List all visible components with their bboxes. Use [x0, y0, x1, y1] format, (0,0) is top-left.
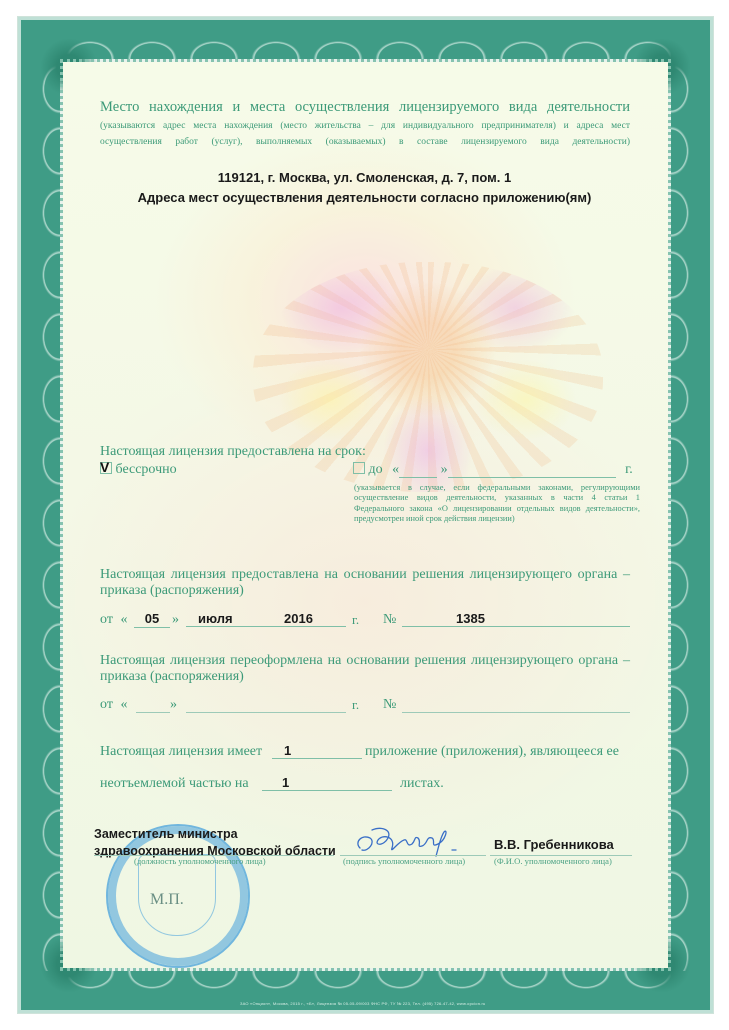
- appendix-sheets-field[interactable]: 1: [262, 775, 392, 791]
- grant-number-label: №: [383, 612, 396, 628]
- term-indefinite-label: бессрочно: [116, 462, 177, 477]
- name-caption: (Ф.И.О. уполномоченного лица): [494, 856, 612, 866]
- grant-open-quote: «: [120, 612, 127, 627]
- appendix-sheets-after: листах.: [400, 776, 444, 792]
- term-until-option[interactable]: до « » г.: [353, 462, 633, 478]
- reissue-number-field[interactable]: [402, 696, 630, 713]
- appendix-text-after: приложение (приложения), являющееся ее: [365, 744, 619, 760]
- term-indefinite-option[interactable]: V бессрочно: [100, 462, 177, 478]
- reissue-basis-title: Настоящая лицензия переоформлена на осно…: [100, 653, 630, 685]
- reissue-order-row: от «: [100, 697, 127, 713]
- grant-number-field[interactable]: 1385: [402, 611, 630, 627]
- grant-month: июля: [198, 611, 233, 626]
- checkbox-checked-icon[interactable]: V: [100, 462, 112, 474]
- grant-year-suffix: г.: [352, 612, 359, 628]
- grant-basis-title: Настоящая лицензия предоставлена на осно…: [100, 567, 630, 599]
- checkbox-empty-icon[interactable]: [353, 462, 365, 474]
- grant-day-field[interactable]: 05: [134, 611, 170, 628]
- appendix-sheets-before: неотъемлемой частью на: [100, 776, 249, 792]
- reissue-day-field[interactable]: [136, 696, 170, 713]
- grant-year: 2016: [284, 611, 313, 627]
- reissue-close-quote: »: [170, 697, 177, 713]
- location-note-line1: (указываются адрес места нахождения (мес…: [100, 121, 630, 131]
- reissue-number-label: №: [383, 697, 396, 713]
- location-title: Место нахождения и места осуществления л…: [100, 99, 630, 116]
- signature-caption: (подпись уполномоченного лица): [343, 856, 465, 866]
- address: 119121, г. Москва, ул. Смоленская, д. 7,…: [0, 170, 729, 185]
- until-label: до: [369, 462, 383, 477]
- reissue-from-label: от: [100, 697, 113, 712]
- location-note-line2: осуществления работ (услуг), выполняемых…: [100, 137, 630, 147]
- until-month-year-field[interactable]: [448, 462, 616, 478]
- appendix-count-field[interactable]: 1: [272, 743, 362, 759]
- position-caption: (должность уполномоченного лица): [134, 856, 266, 866]
- reissue-month-year-field[interactable]: [186, 696, 346, 713]
- appendix-text-before: Настоящая лицензия имеет: [100, 744, 262, 760]
- term-note: (указывается в случае, если федеральными…: [354, 483, 640, 525]
- grant-order-row: от «: [100, 612, 127, 628]
- reissue-open-quote: «: [120, 697, 127, 712]
- until-year-suffix: г.: [625, 462, 633, 477]
- activity-places: Адреса мест осуществления деятельности с…: [0, 190, 729, 205]
- reissue-year-suffix: г.: [352, 697, 359, 713]
- until-open-quote: «: [392, 462, 399, 477]
- grant-month-year-field[interactable]: июля 2016: [186, 611, 346, 627]
- until-close-quote: »: [441, 462, 448, 477]
- term-title: Настоящая лицензия предоставлена на срок…: [100, 444, 366, 460]
- signatory-name: В.В. Гребенникова: [494, 837, 614, 852]
- until-day-field[interactable]: [399, 462, 437, 478]
- signatory-position-line1: Заместитель министра: [94, 826, 336, 843]
- grant-close-quote: »: [172, 612, 179, 628]
- printer-imprint: ЗАО «Опцион», Москва, 2015 г., «Б», Лице…: [240, 1001, 485, 1006]
- grant-from-label: от: [100, 612, 113, 627]
